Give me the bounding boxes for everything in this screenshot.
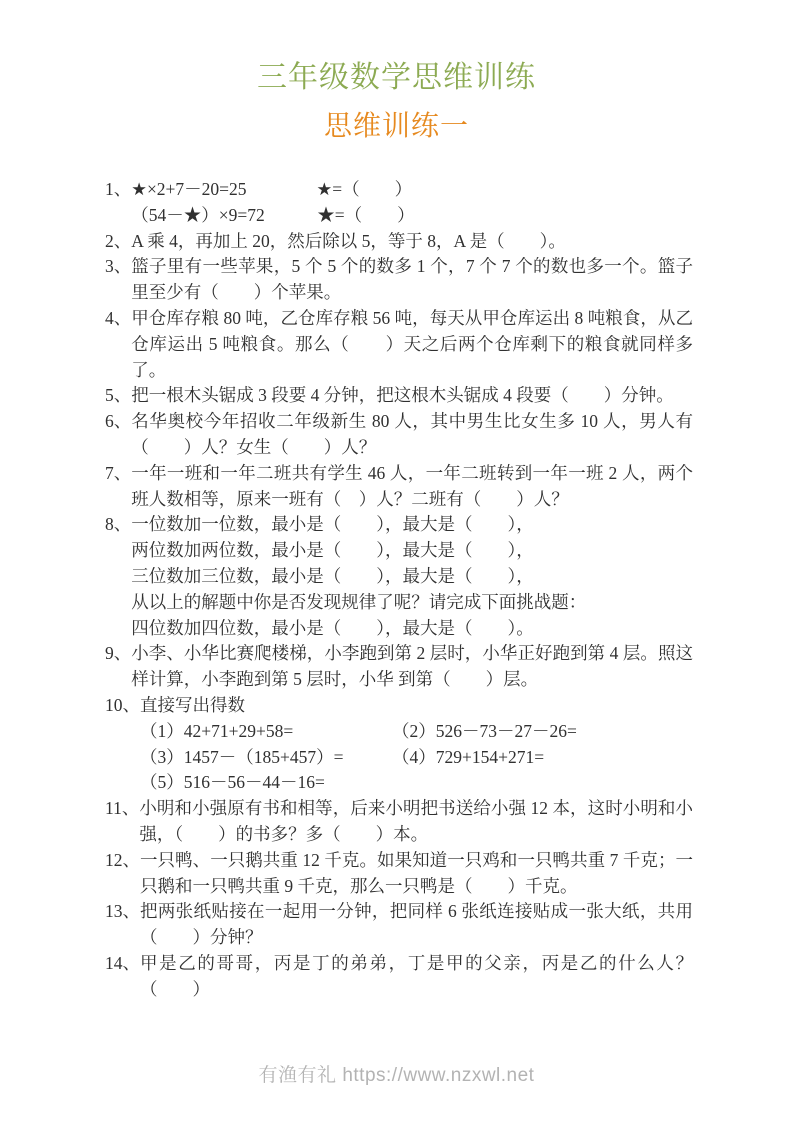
question-text: 甲是乙的哥哥，丙是丁的弟弟，丁是甲的父亲，丙是乙的什么人？（ ） <box>140 951 693 1003</box>
question-line: 四位数加四位数，最小是（ ），最大是（ ）。 <box>131 616 693 642</box>
question-text: 把两张纸贴接在一起用一分钟，把同样 6 张纸连接贴成一张大纸，共用（ ）分钟？ <box>140 899 693 951</box>
question-text: 篮子里有一些苹果，5 个 5 个的数多 1 个，7 个 7 个的数也多一个。篮子… <box>131 254 693 306</box>
question-number: 4、 <box>105 306 131 332</box>
question-item: 12、一只鸭、一只鹅共重 12 千克。如果知道一只鸡和一只鸭共重 7 千克；一只… <box>105 848 693 900</box>
question-line: 篮子里有一些苹果，5 个 5 个的数多 1 个，7 个 7 个的数也多一个。篮子… <box>131 254 693 306</box>
question-item: 11、小明和小强原有书和相等，后来小明把书送给小强 12 本，这时小明和小强，（… <box>105 796 693 848</box>
question-number: 1、 <box>105 177 131 203</box>
question-item: 1、★×2+7－20=25 ★=（ ）（54－★）×9=72 ★=（ ） <box>105 177 693 229</box>
question-number: 9、 <box>105 641 131 667</box>
question-line: 把两张纸贴接在一起用一分钟，把同样 6 张纸连接贴成一张大纸，共用（ ）分钟？ <box>140 899 693 951</box>
question-line: 小明和小强原有书和相等，后来小明把书送给小强 12 本，这时小明和小强，（ ）的… <box>139 796 693 848</box>
question-text: 小李、小华比赛爬楼梯，小李跑到第 2 层时，小华正好跑到第 4 层。照这样计算，… <box>131 641 693 693</box>
question-line: 小李、小华比赛爬楼梯，小李跑到第 2 层时，小华正好跑到第 4 层。照这样计算，… <box>131 641 693 693</box>
question-number: 8、 <box>105 512 131 538</box>
question-item: 5、把一根木头锯成 3 段要 4 分钟，把这根木头锯成 4 段要（ ）分钟。 <box>105 383 693 409</box>
calculation-item: （4）729+154+271= <box>392 745 693 771</box>
question-line: 甲仓库存粮 80 吨，乙仓库存粮 56 吨，每天从甲仓库运出 8 吨粮食，从乙仓… <box>131 306 693 383</box>
question-text: 直接写出得数（1）42+71+29+58=（2）526－73－27－26=（3）… <box>140 693 693 796</box>
question-list: 1、★×2+7－20=25 ★=（ ）（54－★）×9=72 ★=（ ）2、A … <box>105 177 693 1003</box>
question-number: 13、 <box>105 899 140 925</box>
question-item: 3、篮子里有一些苹果，5 个 5 个的数多 1 个，7 个 7 个的数也多一个。… <box>105 254 693 306</box>
question-text: 一只鸭、一只鹅共重 12 千克。如果知道一只鸡和一只鸭共重 7 千克；一只鹅和一… <box>140 848 693 900</box>
calculation-item: （2）526－73－27－26= <box>392 719 693 745</box>
question-text: 把一根木头锯成 3 段要 4 分钟，把这根木头锯成 4 段要（ ）分钟。 <box>131 383 693 409</box>
question-line: ★×2+7－20=25 ★=（ ） <box>131 177 693 203</box>
question-number: 10、 <box>105 693 140 719</box>
calculation-item: （1）42+71+29+58= <box>140 719 392 745</box>
question-line: 三位数加三位数，最小是（ ），最大是（ ）， <box>131 564 693 590</box>
question-number: 3、 <box>105 254 131 280</box>
question-line: A 乘 4，再加上 20，然后除以 5，等于 8，A 是（ ）。 <box>131 229 693 255</box>
page-title: 三年级数学思维训练 <box>0 58 793 97</box>
question-number: 5、 <box>105 383 131 409</box>
worksheet-page: 三年级数学思维训练 思维训练一 1、★×2+7－20=25 ★=（ ）（54－★… <box>0 0 793 1122</box>
question-number: 6、 <box>105 409 131 435</box>
question-line: 直接写出得数 <box>140 693 693 719</box>
question-number: 12、 <box>105 848 140 874</box>
question-item: 14、甲是乙的哥哥，丙是丁的弟弟，丁是甲的父亲，丙是乙的什么人？（ ） <box>105 951 693 1003</box>
question-number: 11、 <box>105 796 139 822</box>
question-text: 甲仓库存粮 80 吨，乙仓库存粮 56 吨，每天从甲仓库运出 8 吨粮食，从乙仓… <box>131 306 693 383</box>
question-number: 14、 <box>105 951 140 977</box>
question-line: 把一根木头锯成 3 段要 4 分钟，把这根木头锯成 4 段要（ ）分钟。 <box>131 383 693 409</box>
question-line: 甲是乙的哥哥，丙是丁的弟弟，丁是甲的父亲，丙是乙的什么人？（ ） <box>140 951 693 1003</box>
question-line: 从以上的解题中你是否发现规律了呢？请完成下面挑战题： <box>131 590 693 616</box>
calculation-grid: （1）42+71+29+58=（2）526－73－27－26=（3）1457－（… <box>140 719 693 796</box>
question-line: 两位数加两位数，最小是（ ），最大是（ ）， <box>131 538 693 564</box>
calculation-item: （5）516－56－44－16= <box>140 770 392 796</box>
question-line: 名华奥校今年招收二年级新生 80 人，其中男生比女生多 10 人，男人有（ ）人… <box>131 409 693 461</box>
question-text: 名华奥校今年招收二年级新生 80 人，其中男生比女生多 10 人，男人有（ ）人… <box>131 409 693 461</box>
question-item: 4、甲仓库存粮 80 吨，乙仓库存粮 56 吨，每天从甲仓库运出 8 吨粮食，从… <box>105 306 693 383</box>
footer-watermark: 有渔有礼 https://www.nzxwl.net <box>0 1063 793 1089</box>
question-text: ★×2+7－20=25 ★=（ ）（54－★）×9=72 ★=（ ） <box>131 177 693 229</box>
question-item: 8、一位数加一位数，最小是（ ），最大是（ ），两位数加两位数，最小是（ ），最… <box>105 512 693 641</box>
question-text: 一年一班和一年二班共有学生 46 人，一年二班转到一年一班 2 人，两个班人数相… <box>131 461 693 513</box>
question-line: （54－★）×9=72 ★=（ ） <box>131 203 693 229</box>
question-item: 6、名华奥校今年招收二年级新生 80 人，其中男生比女生多 10 人，男人有（ … <box>105 409 693 461</box>
question-item: 2、A 乘 4，再加上 20，然后除以 5，等于 8，A 是（ ）。 <box>105 229 693 255</box>
question-number: 7、 <box>105 461 131 487</box>
question-text: 一位数加一位数，最小是（ ），最大是（ ），两位数加两位数，最小是（ ），最大是… <box>131 512 693 641</box>
question-line: 一只鸭、一只鹅共重 12 千克。如果知道一只鸡和一只鸭共重 7 千克；一只鹅和一… <box>140 848 693 900</box>
question-text: A 乘 4，再加上 20，然后除以 5，等于 8，A 是（ ）。 <box>131 229 693 255</box>
question-line: 一年一班和一年二班共有学生 46 人，一年二班转到一年一班 2 人，两个班人数相… <box>131 461 693 513</box>
question-item: 7、一年一班和一年二班共有学生 46 人，一年二班转到一年一班 2 人，两个班人… <box>105 461 693 513</box>
page-subtitle: 思维训练一 <box>0 108 793 144</box>
question-item: 13、把两张纸贴接在一起用一分钟，把同样 6 张纸连接贴成一张大纸，共用（ ）分… <box>105 899 693 951</box>
question-number: 2、 <box>105 229 131 255</box>
question-text: 小明和小强原有书和相等，后来小明把书送给小强 12 本，这时小明和小强，（ ）的… <box>139 796 693 848</box>
question-line: 一位数加一位数，最小是（ ），最大是（ ）， <box>131 512 693 538</box>
question-item: 9、小李、小华比赛爬楼梯，小李跑到第 2 层时，小华正好跑到第 4 层。照这样计… <box>105 641 693 693</box>
question-item: 10、直接写出得数（1）42+71+29+58=（2）526－73－27－26=… <box>105 693 693 796</box>
calculation-item: （3）1457－（185+457）= <box>140 745 392 771</box>
